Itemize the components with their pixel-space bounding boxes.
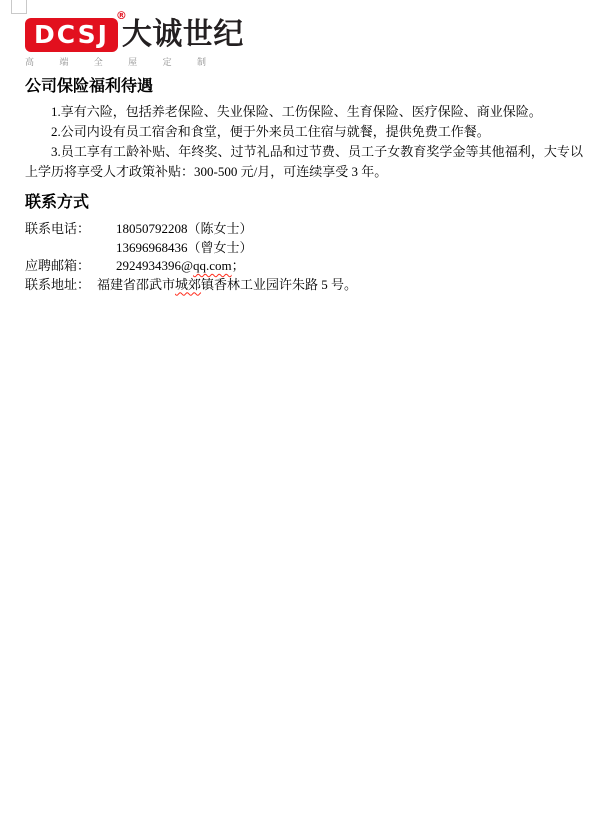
benefit-item-2: 2.公司内设有员工宿舍和食堂，便于外来员工住宿与就餐，提供免费工作餐。: [25, 122, 583, 142]
address-label: 联系地址：: [25, 276, 97, 295]
address-value: 福建省邵武市城郊镇香林工业园许朱路 5 号。: [97, 276, 357, 295]
phone-primary: 18050792208（陈女士）: [97, 220, 253, 239]
contact-email-row: 应聘邮箱： 2924934396@qq.com；: [25, 257, 583, 276]
contact-section: 联系方式 联系电话： 18050792208（陈女士） 13696968436（…: [25, 192, 583, 294]
email-value: 2924934396@qq.com；: [97, 257, 245, 276]
email-suffix: ；: [232, 258, 245, 273]
contact-phone-row: 联系电话： 18050792208（陈女士）: [25, 220, 583, 239]
logo-brand-name: 大诚世纪: [122, 20, 244, 50]
benefit-item-1: 1.享有六险，包括养老保险、失业保险、工伤保险、生育保险、医疗保险、商业保险。: [25, 102, 583, 122]
contact-phone-row-2: 13696968436（曾女士）: [25, 239, 583, 258]
benefits-heading: 公司保险福利待遇: [25, 76, 583, 98]
benefit-item-3: 3.员工享有工龄补贴、年终奖、过节礼品和过节费、员工子女教育奖学金等其他福利，大…: [25, 142, 583, 182]
logo-tagline-char: 全: [94, 59, 103, 68]
address-prefix: 福建省邵武市: [97, 277, 175, 292]
email-domain-part: qq.com: [193, 258, 232, 273]
address-suffix: 镇香林工业园许朱路 5 号。: [201, 277, 357, 292]
logo-tagline-char: 高: [25, 59, 34, 68]
logo-tagline-char: 制: [197, 59, 206, 68]
page-corner-mark: [11, 0, 27, 14]
document-page: DCSJ ® 大诚世纪 高 端 全 屋 定 制 公司保险福利待遇 1.享有六险，…: [0, 0, 607, 294]
logo-tagline-char: 屋: [128, 59, 137, 68]
logo-tagline: 高 端 全 屋 定 制: [25, 59, 206, 68]
logo-tagline-char: 定: [163, 59, 172, 68]
logo-acronym: DCSJ: [34, 20, 109, 49]
phone-secondary: 13696968436（曾女士）: [97, 239, 253, 258]
email-user-part: 2924934396@: [116, 258, 193, 273]
logo-tagline-char: 端: [59, 59, 68, 68]
benefits-section: 公司保险福利待遇 1.享有六险，包括养老保险、失业保险、工伤保险、生育保险、医疗…: [25, 76, 583, 182]
registered-trademark-icon: ®: [116, 10, 127, 21]
address-flagged-word: 城郊: [175, 277, 201, 292]
logo-row: DCSJ ® 大诚世纪: [25, 18, 583, 52]
email-label: 应聘邮箱：: [25, 257, 97, 276]
contact-heading: 联系方式: [25, 192, 583, 214]
phone-label: 联系电话：: [25, 220, 97, 239]
company-logo: DCSJ ® 大诚世纪 高 端 全 屋 定 制: [25, 18, 583, 68]
logo-dcsj-badge: DCSJ ®: [25, 18, 118, 52]
phone-label-spacer: [25, 239, 97, 258]
contact-address-row: 联系地址： 福建省邵武市城郊镇香林工业园许朱路 5 号。: [25, 276, 583, 295]
